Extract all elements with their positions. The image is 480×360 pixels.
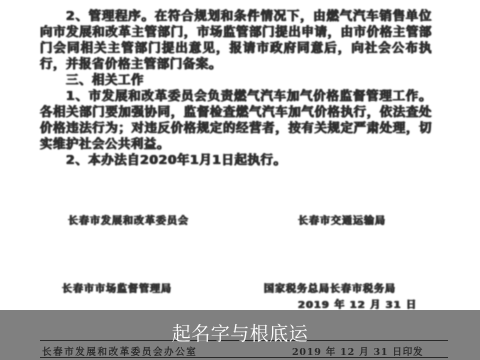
signature-tax-bureau: 国家税务总局长春市税务局 bbox=[264, 280, 396, 295]
paragraph-management-procedure: 2、管理程序。在符合规划和条件情况下，由燃气汽车销售单位向市发展和改革主管部门，… bbox=[40, 8, 432, 72]
signature-date: 2019 年 12 月 31 日 bbox=[298, 296, 417, 311]
document-page: 2、管理程序。在符合规划和条件情况下，由燃气汽车销售单位向市发展和改革主管部门，… bbox=[0, 0, 480, 360]
overlay-caption: 起名字与根底运 bbox=[0, 319, 480, 346]
signature-development-reform-commission: 长春市发展和改革委员会 bbox=[68, 212, 189, 227]
footer-issuer: 长春市发展和改革委员会办公室 bbox=[42, 344, 197, 358]
section-heading-related-work: 三、相关工作 bbox=[40, 72, 432, 88]
signature-transport-bureau: 长春市交通运输局 bbox=[298, 212, 386, 227]
paragraph-effective-date: 2、本办法自2020年1月1日起执行。 bbox=[40, 152, 432, 168]
paragraph-supervision: 1、市发展和改革委员会负责燃气汽车加气价格监督管理工作。各相关部门要加强协同，监… bbox=[40, 88, 432, 152]
signature-market-supervision-bureau: 长春市市场监督管理局 bbox=[62, 280, 172, 295]
footer-print-date: 2019 年 12 月 31 日印发 bbox=[292, 344, 423, 358]
